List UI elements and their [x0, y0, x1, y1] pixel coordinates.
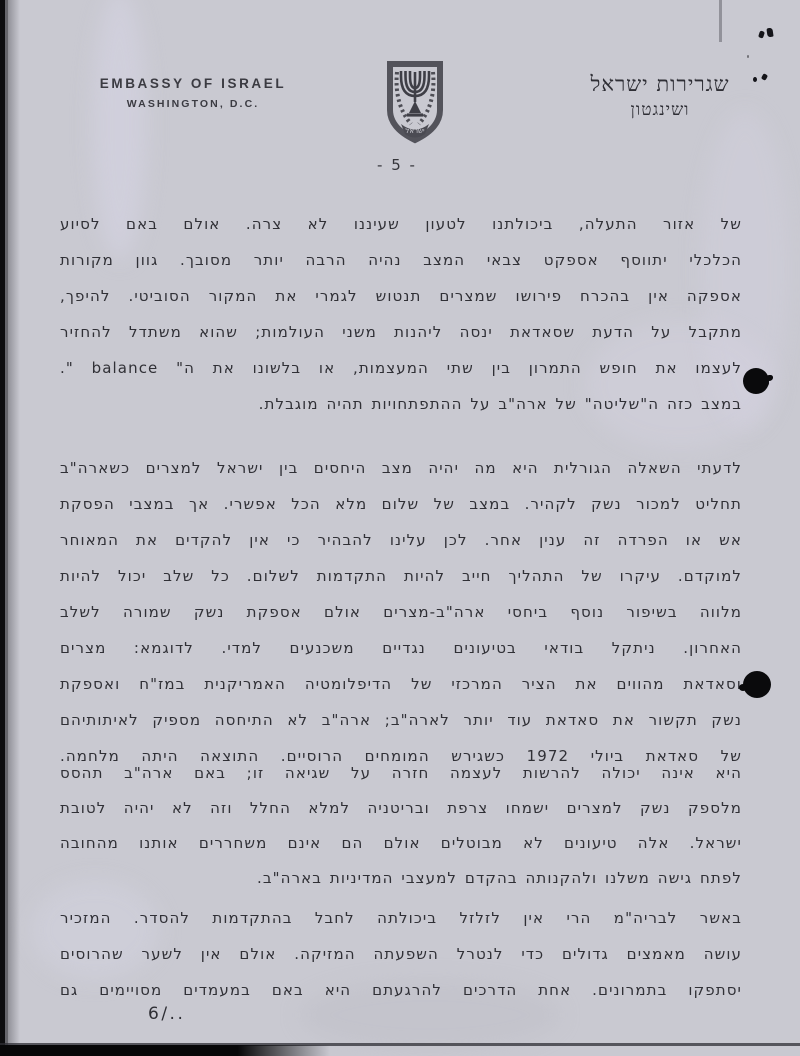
paragraph-2: לדעתי השאלה הגורלית היא מה יהיה מצב היחס… — [60, 450, 742, 774]
emblem-label: ישראל — [405, 127, 425, 135]
text-line: נשק תקשור את סאדאת עוד יותר לארה"ב; ארה"… — [60, 702, 742, 738]
text-line: עושה מאמצים גדולים כדי לנטרל השפעתה המזי… — [60, 936, 742, 972]
scan-edge-left — [0, 0, 8, 1056]
text-line: היא אינה יכולה להרשות לעצמה חזרה על שגיא… — [60, 756, 742, 791]
text-line: ישראל. אלה טיעונים לא מבוטלים אולם הם אי… — [60, 826, 742, 861]
embassy-city: WASHINGTON, D.C. — [92, 98, 294, 110]
text-line: באשר לבריה"מ הרי אין לזלזל ביכולתה לחבל … — [60, 900, 742, 936]
paragraph-3: היא אינה יכולה להרשות לעצמה חזרה על שגיא… — [60, 756, 742, 896]
scanned-document-page: EMBASSY OF ISRAEL WASHINGTON, D.C. ישראל… — [0, 0, 800, 1056]
text-line: וסאדאת מהווים את הציר המרכזי של הדיפלומט… — [60, 666, 742, 702]
continuation-mark: 6/.. — [148, 1004, 185, 1024]
text-line: מתקבל על הדעת שסאדאת ינסה ליהנות משני הע… — [60, 314, 742, 350]
text-line: של אזור התעלה, ביכולתנו לטעון שעיננו לא … — [60, 206, 742, 242]
text-line: אש או הפרדה זה ענין אחר. לכן עלינו להבהי… — [60, 522, 742, 558]
text-line: תחליט למכור נשק לקהיר. במצב של שלום מלא … — [60, 486, 742, 522]
text-line: לעצמו את חופש התמרון בין שתי המעצמות, או… — [60, 350, 742, 386]
ink-speck — [766, 28, 773, 38]
text-line: מלספק נשק למצרים ישמחו צרפת ובריטניה למל… — [60, 791, 742, 826]
paragraph-1: של אזור התעלה, ביכולתנו לטעון שעיננו לא … — [60, 206, 742, 422]
text-line: הכלכלי יתווסף אספקט צבאי המצב נהיה הרבה … — [60, 242, 742, 278]
text-line: למוקדם. עיקרו של התהליך חייב להיות התקדמ… — [60, 558, 742, 594]
scan-edge-mark — [719, 0, 722, 42]
ink-speck — [758, 30, 765, 38]
text-line: האחרון. ניתקל בודאי בטיעונים נגדיים משכנ… — [60, 630, 742, 666]
text-line: יסתפקו בתמרונים. אחת הדרכים להרגעתם היא … — [60, 972, 742, 1008]
text-line: אספקה אין בהכרח פירושו שמצרים תנטוש לגמר… — [60, 278, 742, 314]
embassy-city-hebrew: ושינגטון — [574, 100, 746, 120]
text-line: מלווה בשיפור נוסף ביחסי ארה"ב-מצרים אולם… — [60, 594, 742, 630]
paragraph-4: באשר לבריה"מ הרי אין לזלזל ביכולתה לחבל … — [60, 900, 742, 1008]
punch-hole — [743, 671, 771, 698]
israel-state-emblem-icon: ישראל — [384, 60, 446, 146]
ink-speck — [753, 77, 757, 82]
ink-speck — [747, 55, 749, 58]
text-line: במצב כזה ה"שליטה" של ארה"ב על ההתפתחויות… — [60, 386, 742, 422]
page-number: - 5 - — [350, 156, 444, 174]
embassy-name: EMBASSY OF ISRAEL — [92, 76, 294, 91]
ink-speck — [761, 73, 768, 81]
text-line: לדעתי השאלה הגורלית היא מה יהיה מצב היחס… — [60, 450, 742, 486]
letterhead-english: EMBASSY OF ISRAEL WASHINGTON, D.C. — [92, 76, 294, 110]
scan-edge-bottom — [0, 1045, 330, 1056]
embassy-name-hebrew: שגרירות ישראל — [574, 72, 746, 97]
text-line: לפתח גישה משלנו ולהקנותה בהקדם למעצבי המ… — [60, 861, 742, 896]
punch-hole — [743, 368, 769, 394]
letterhead-hebrew: שגרירות ישראל ושינגטון — [574, 72, 746, 120]
scan-edge-shadow — [8, 0, 20, 1056]
